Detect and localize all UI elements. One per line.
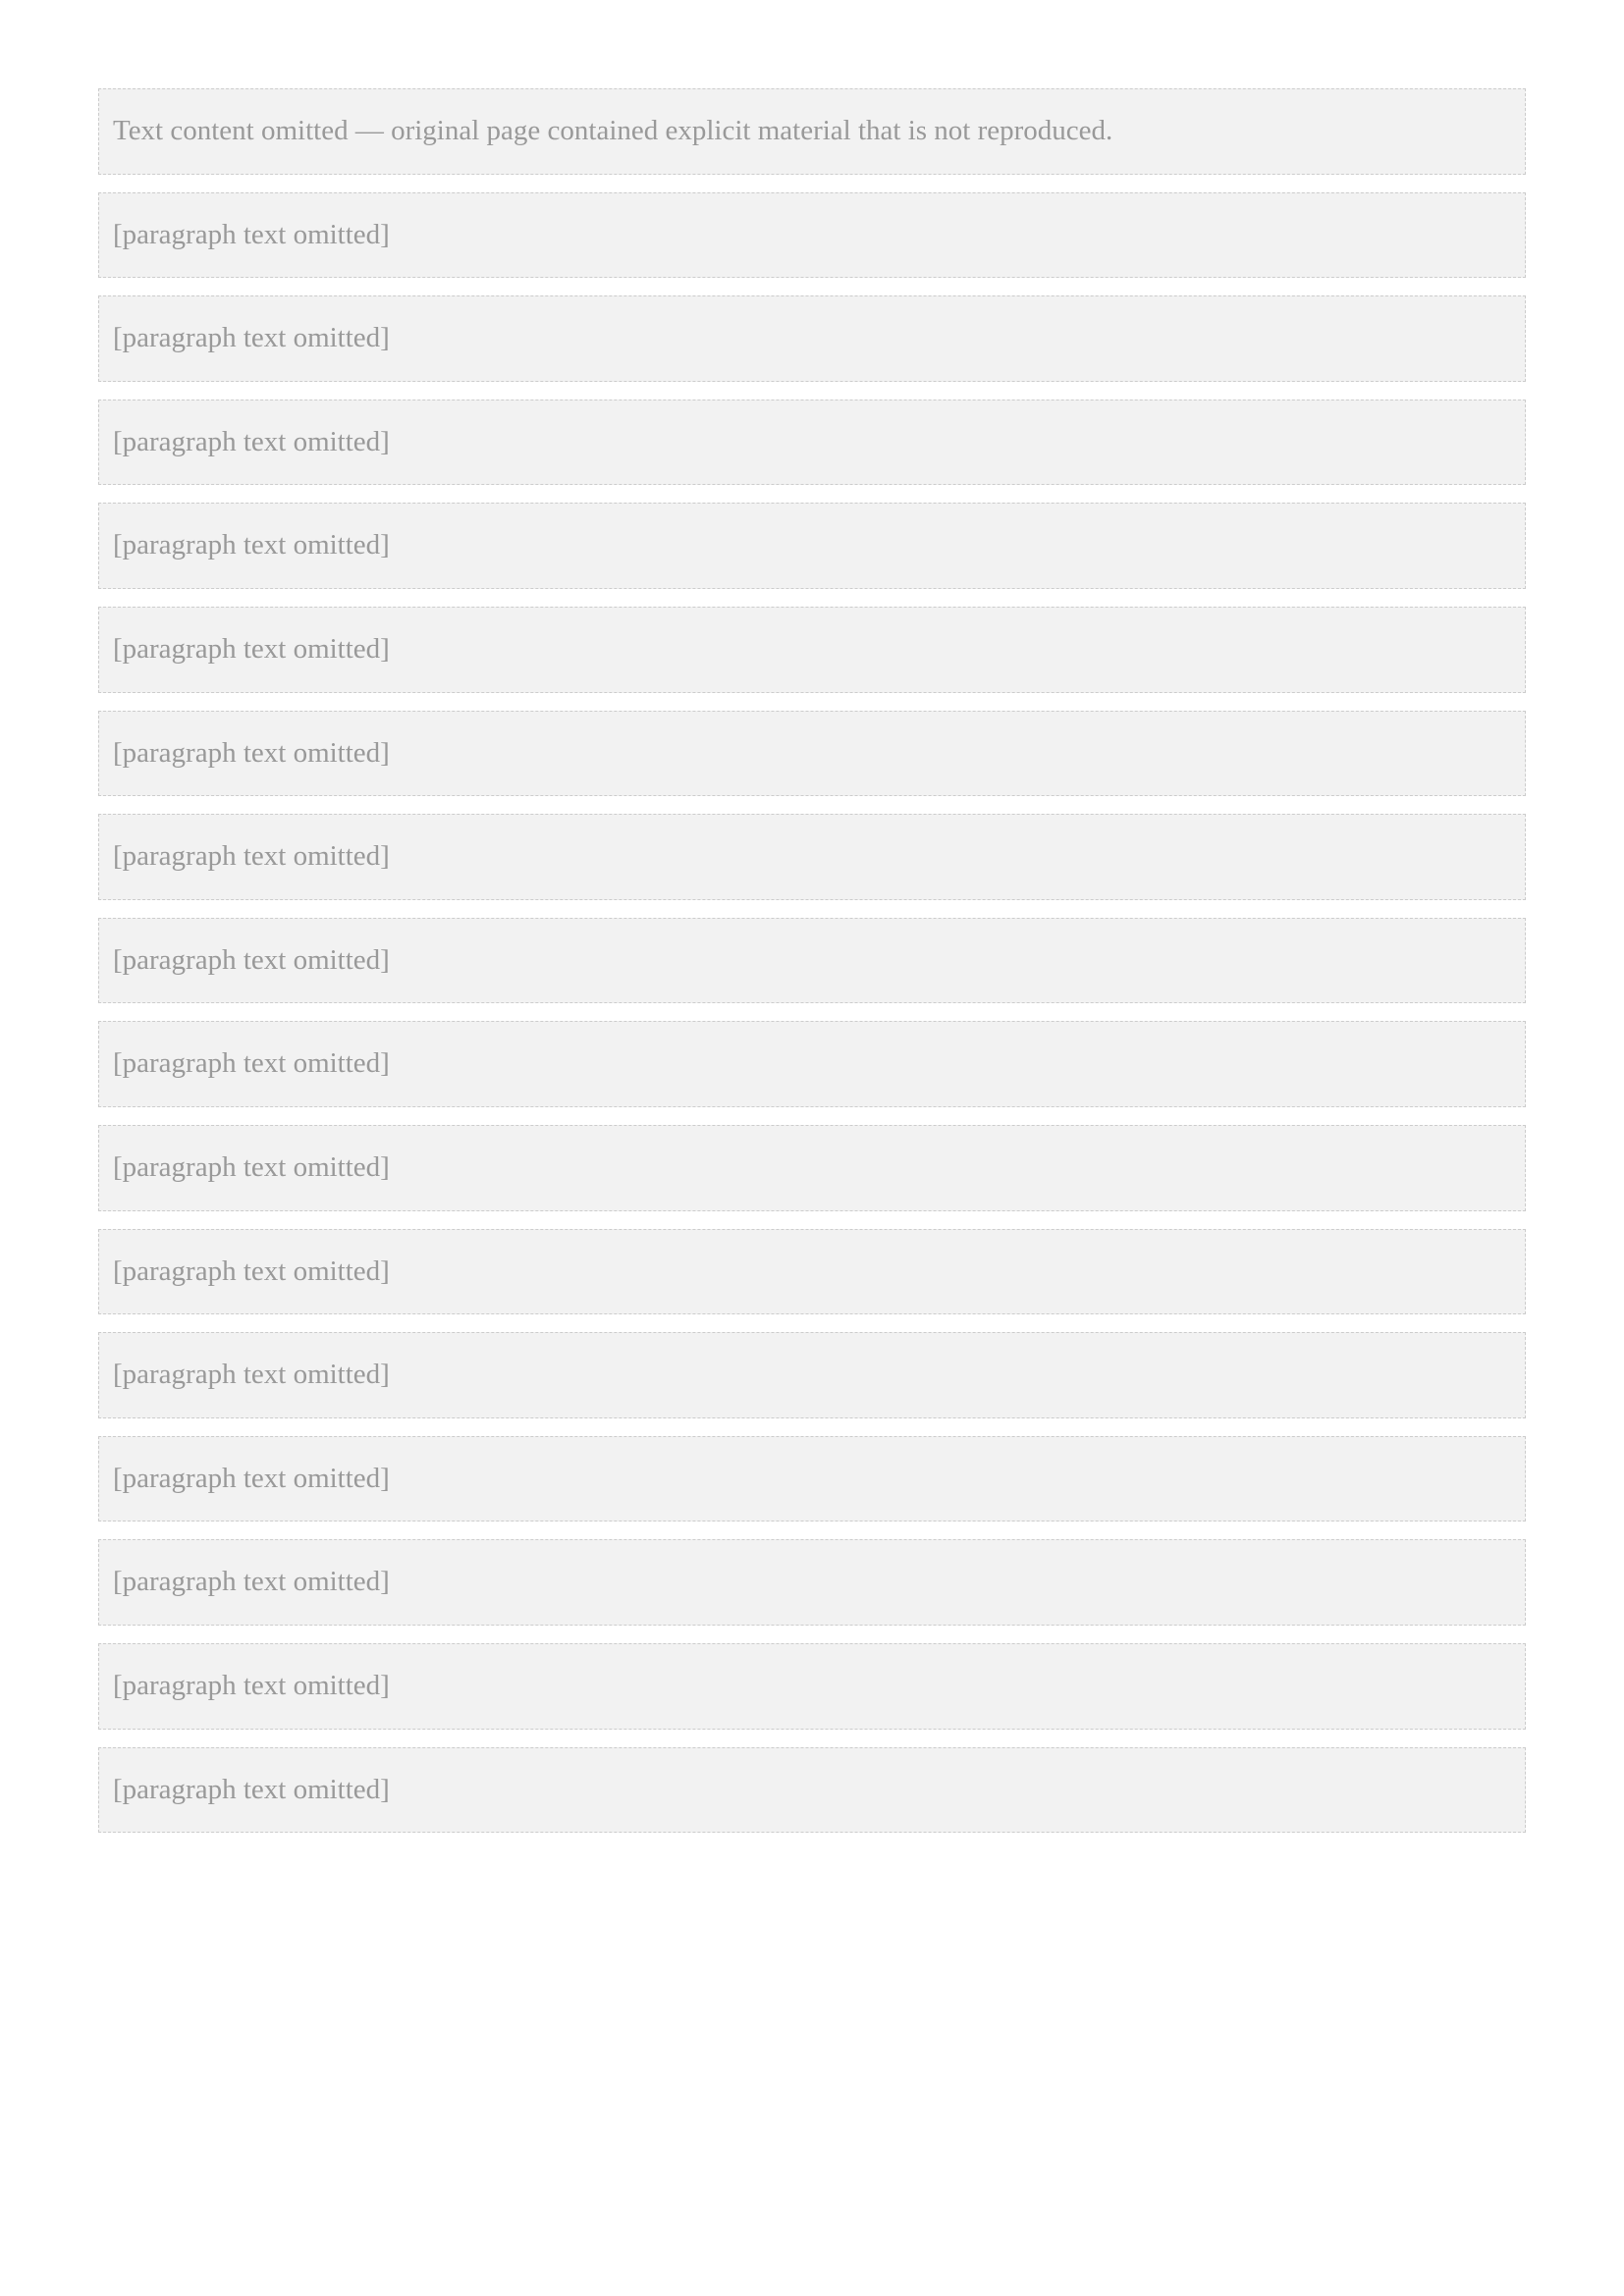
paragraph: [paragraph text omitted] [98,1332,1526,1418]
paragraph: [paragraph text omitted] [98,400,1526,486]
paragraph-list: [paragraph text omitted][paragraph text … [98,192,1526,1834]
omission-note: Text content omitted — original page con… [98,88,1526,175]
paragraph: [paragraph text omitted] [98,1125,1526,1211]
paragraph: [paragraph text omitted] [98,1643,1526,1730]
paragraph: [paragraph text omitted] [98,814,1526,900]
paragraph: [paragraph text omitted] [98,1436,1526,1522]
paragraph: [paragraph text omitted] [98,1229,1526,1315]
paragraph: [paragraph text omitted] [98,711,1526,797]
paragraph: [paragraph text omitted] [98,1539,1526,1626]
paragraph: [paragraph text omitted] [98,503,1526,589]
paragraph: [paragraph text omitted] [98,295,1526,382]
paragraph: [paragraph text omitted] [98,192,1526,279]
paragraph: [paragraph text omitted] [98,918,1526,1004]
paragraph: [paragraph text omitted] [98,1747,1526,1834]
document-page: Text content omitted — original page con… [0,0,1624,2296]
paragraph: [paragraph text omitted] [98,1021,1526,1107]
paragraph: [paragraph text omitted] [98,607,1526,693]
